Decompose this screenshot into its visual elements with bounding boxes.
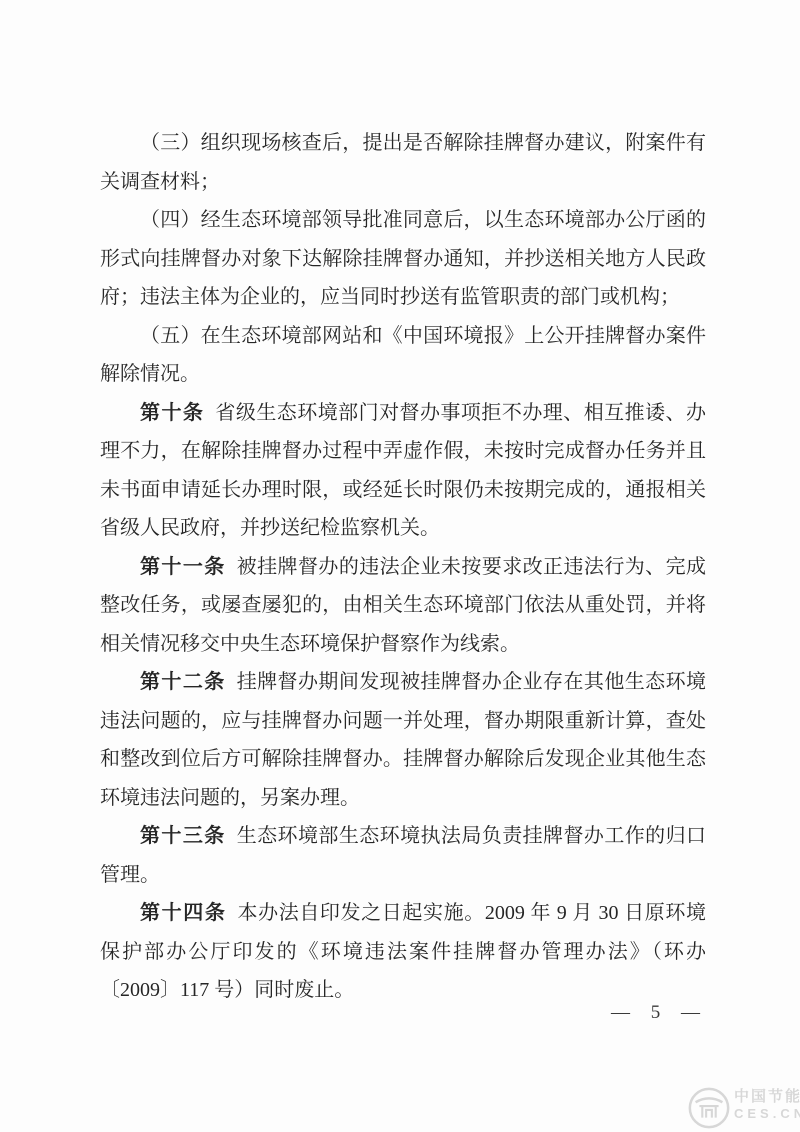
watermark-logo-icon xyxy=(686,1085,732,1131)
paragraph-item-5: （五）在生态环境部网站和《中国环境报》上公开挂牌督办案件解除情况。 xyxy=(100,317,706,394)
paragraph-article-12: 第十二条挂牌督办期间发现被挂牌督办企业存在其他生态环境违法问题的，应与挂牌督办问… xyxy=(100,663,706,817)
article-lead: 第十二条 xyxy=(140,671,226,693)
article-lead: 第十三条 xyxy=(140,825,226,847)
article-lead: 第十四条 xyxy=(140,902,226,924)
watermark-text: 中国节能网 CES.CN xyxy=(734,1085,800,1122)
watermark: 中国节能网 CES.CN xyxy=(686,1085,800,1131)
paragraph-article-13: 第十三条生态环境部生态环境执法局负责挂牌督办工作的归口管理。 xyxy=(100,817,706,894)
watermark-site-name: 中国节能网 xyxy=(734,1088,800,1105)
paragraph-article-10: 第十条省级生态环境部门对督办事项拒不办理、相互推诿、办理不力，在解除挂牌督办过程… xyxy=(100,394,706,548)
article-lead: 第十条 xyxy=(140,402,204,424)
paragraph-article-11: 第十一条被挂牌督办的违法企业未按要求改正违法行为、完成整改任务，或屡查屡犯的，由… xyxy=(100,548,706,664)
paragraph-item-3: （三）组织现场核查后，提出是否解除挂牌督办建议，附案件有关调查材料； xyxy=(100,124,706,201)
article-lead: 第十一条 xyxy=(140,556,226,578)
watermark-site-domain: CES.CN xyxy=(734,1105,800,1122)
paragraph-text: （三）组织现场核查后，提出是否解除挂牌督办建议，附案件有关调查材料； xyxy=(100,132,706,193)
document-body: （三）组织现场核查后，提出是否解除挂牌督办建议，附案件有关调查材料； （四）经生… xyxy=(100,124,706,1010)
paragraph-text: （四）经生态环境部领导批准同意后，以生态环境部办公厅函的形式向挂牌督办对象下达解… xyxy=(100,209,706,308)
page-number: — 5 — xyxy=(596,1002,716,1024)
paragraph-text: （五）在生态环境部网站和《中国环境报》上公开挂牌督办案件解除情况。 xyxy=(100,325,706,386)
paragraph-item-4: （四）经生态环境部领导批准同意后，以生态环境部办公厅函的形式向挂牌督办对象下达解… xyxy=(100,201,706,317)
paragraph-article-14: 第十四条本办法自印发之日起实施。2009 年 9 月 30 日原环境保护部办公厅… xyxy=(100,894,706,1010)
document-page: （三）组织现场核查后，提出是否解除挂牌督办建议，附案件有关调查材料； （四）经生… xyxy=(0,0,800,1132)
